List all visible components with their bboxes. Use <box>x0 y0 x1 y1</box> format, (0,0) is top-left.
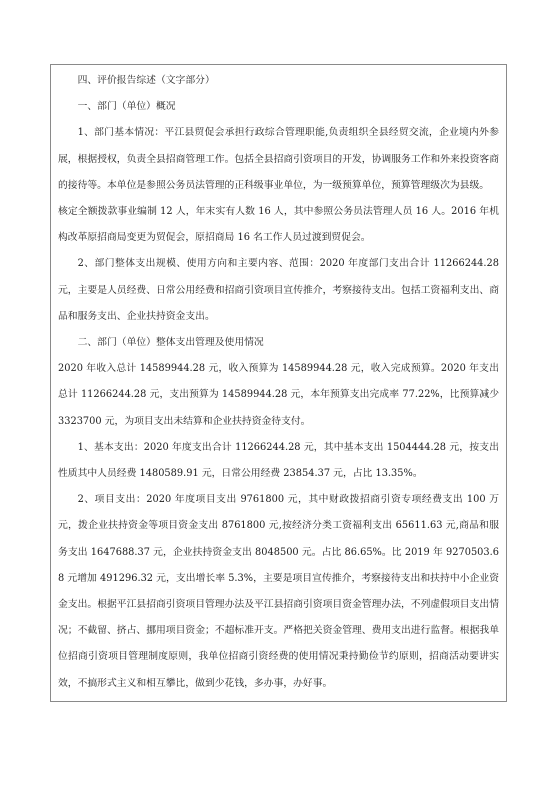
report-text-box: 四、评价报告综述（文字部分） 一、部门（单位）概况 1、部门基本情况：平江县贸促… <box>50 64 507 702</box>
paragraph-overall-expenditure: 2、部门整体支出规模、使用方向和主要内容、范围：2020 年度部门支出合计 11… <box>58 251 499 330</box>
paragraph-dept-basic-info: 1、部门基本情况：平江县贸促会承担行政综合管理职能,负责组织全县经贸交流，企业境… <box>58 120 499 199</box>
paragraph-income-expenditure-2020: 2020 年收入总计 14589944.28 元，收入预算为 14589944.… <box>58 356 499 435</box>
paragraph-project-expenditure: 2、项目支出：2020 年度项目支出 9761800 元，其中财政拨招商引资专项… <box>58 487 499 697</box>
paragraph-dept-overview-heading: 一、部门（单位）概况 <box>58 94 499 120</box>
section-heading: 四、评价报告综述（文字部分） <box>58 68 499 94</box>
paragraph-staffing: 核定全额拨款事业编制 12 人，年末实有人数 16 人，其中参照公务员法管理人员… <box>58 199 499 251</box>
paragraph-expenditure-mgmt-heading: 二、部门（单位）整体支出管理及使用情况 <box>58 330 499 356</box>
paragraph-basic-expenditure: 1、基本支出：2020 年度支出合计 11266244.28 元，其中基本支出 … <box>58 435 499 487</box>
